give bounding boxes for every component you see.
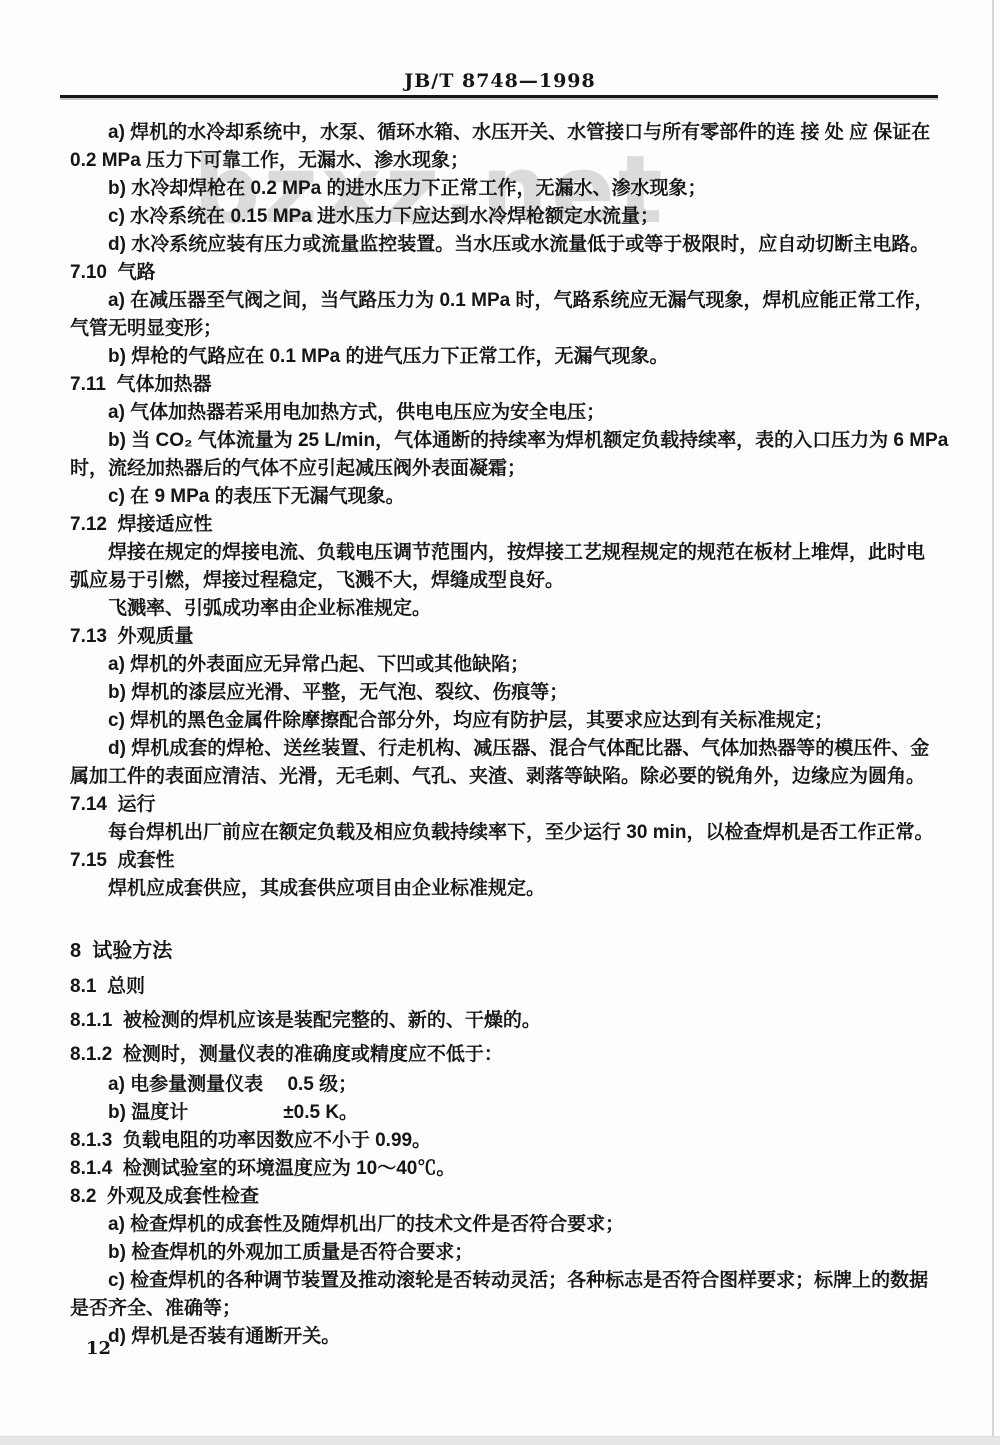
text-line: 8.1.4 检测试验室的环境温度应为 10～40℃。 bbox=[70, 1155, 942, 1183]
text-line: a) 焊机的外表面应无异常凸起、下凹或其他缺陷； bbox=[70, 651, 942, 679]
text-line: b) 焊枪的气路应在 0.1 MPa 的进气压力下正常工作，无漏气现象。 bbox=[70, 343, 942, 371]
text-line: 7.13 外观质量 bbox=[70, 623, 942, 651]
text-line: 弧应易于引燃，焊接过程稳定，飞溅不大，焊缝成型良好。 bbox=[70, 567, 942, 595]
text-line: d) 水冷系统应装有压力或流量监控装置。当水压或水流量低于或等于极限时，应自动切… bbox=[70, 231, 942, 259]
text-line: b) 温度计 ±0.5 K。 bbox=[70, 1099, 942, 1127]
text-line: c) 检查焊机的各种调节装置及推动滚轮是否转动灵活；各种标志是否符合图样要求；标… bbox=[70, 1267, 942, 1295]
text-line: d) 焊机成套的焊枪、送丝装置、行走机构、减压器、混合气体配比器、气体加热器等的… bbox=[70, 735, 942, 763]
scan-edge-artifact bbox=[992, 0, 994, 1437]
scan-bottom-artifact bbox=[0, 1436, 1000, 1445]
text-line: a) 检查焊机的成套性及随焊机出厂的技术文件是否符合要求； bbox=[70, 1211, 942, 1239]
text-line: b) 检查焊机的外观加工质量是否符合要求； bbox=[70, 1239, 942, 1267]
text-line: b) 水冷却焊枪在 0.2 MPa 的进水压力下正常工作，无漏水、渗水现象； bbox=[70, 175, 942, 203]
text-line: b) 焊机的漆层应光滑、平整，无气泡、裂纹、伤痕等； bbox=[70, 679, 942, 707]
text-line: 8.1.2 检测时，测量仪表的准确度或精度应不低于： bbox=[70, 1041, 942, 1069]
text-line: 8.1.1 被检测的焊机应该是装配完整的、新的、干燥的。 bbox=[70, 1007, 942, 1035]
header-rule bbox=[60, 95, 938, 98]
page-number: 12 bbox=[86, 1338, 111, 1359]
page-header: JB/T 8748—1998 bbox=[0, 70, 1000, 92]
text-line: a) 电参量测量仪表 0.5 级； bbox=[70, 1071, 942, 1099]
standard-number: JB/T 8748—1998 bbox=[404, 70, 596, 92]
text-line: 8.1 总则 bbox=[70, 973, 942, 1001]
text-line: 8.2 外观及成套性检查 bbox=[70, 1183, 942, 1211]
text-line: c) 水冷系统在 0.15 MPa 进水压力下应达到水冷焊枪额定水流量； bbox=[70, 203, 942, 231]
text-line: 每台焊机出厂前应在额定负载及相应负载持续率下，至少运行 30 min，以检查焊机… bbox=[70, 819, 942, 847]
text-line: 7.15 成套性 bbox=[70, 847, 942, 875]
document-page: JB/T 8748—1998 bzxz.net a) 焊机的水冷却系统中，水泵、… bbox=[0, 0, 1000, 1445]
text-line: 7.14 运行 bbox=[70, 791, 942, 819]
text-line: 属加工件的表面应清洁、光滑，无毛刺、气孔、夹渣、剥落等缺陷。除必要的锐角外，边缘… bbox=[70, 763, 942, 791]
text-line: d) 焊机是否装有通断开关。 bbox=[70, 1323, 942, 1351]
text-line: 时，流经加热器后的气体不应引起减压阀外表面凝霜； bbox=[70, 455, 942, 483]
document-body: a) 焊机的水冷却系统中，水泵、循环水箱、水压开关、水管接口与所有零部件的连 接… bbox=[70, 119, 942, 1351]
text-line: 是否齐全、准确等； bbox=[70, 1295, 942, 1323]
text-line: c) 在 9 MPa 的表压下无漏气现象。 bbox=[70, 483, 942, 511]
text-line: 飞溅率、引弧成功率由企业标准规定。 bbox=[70, 595, 942, 623]
text-line: 8.1.3 负载电阻的功率因数应不小于 0.99。 bbox=[70, 1127, 942, 1155]
text-line: a) 在减压器至气阀之间，当气路压力为 0.1 MPa 时，气路系统应无漏气现象… bbox=[70, 287, 942, 315]
text-line: a) 焊机的水冷却系统中，水泵、循环水箱、水压开关、水管接口与所有零部件的连 接… bbox=[70, 119, 942, 147]
text-line: 7.10 气路 bbox=[70, 259, 942, 287]
text-line: 7.11 气体加热器 bbox=[70, 371, 942, 399]
text-line: 7.12 焊接适应性 bbox=[70, 511, 942, 539]
text-line: a) 气体加热器若采用电加热方式，供电电压应为安全电压； bbox=[70, 399, 942, 427]
text-line: 焊机应成套供应，其成套供应项目由企业标准规定。 bbox=[70, 875, 942, 903]
text-line: 气管无明显变形； bbox=[70, 315, 942, 343]
text-line: c) 焊机的黑色金属件除摩擦配合部分外，均应有防护层，其要求应达到有关标准规定； bbox=[70, 707, 942, 735]
text-line: b) 当 CO₂ 气体流量为 25 L/min，气体通断的持续率为焊机额定负载持… bbox=[70, 427, 942, 455]
text-line: 8 试验方法 bbox=[70, 937, 942, 965]
text-line: 0.2 MPa 压力下可靠工作，无漏水、渗水现象； bbox=[70, 147, 942, 175]
text-line: 焊接在规定的焊接电流、负载电压调节范围内，按焊接工艺规程规定的规范在板材上堆焊，… bbox=[70, 539, 942, 567]
